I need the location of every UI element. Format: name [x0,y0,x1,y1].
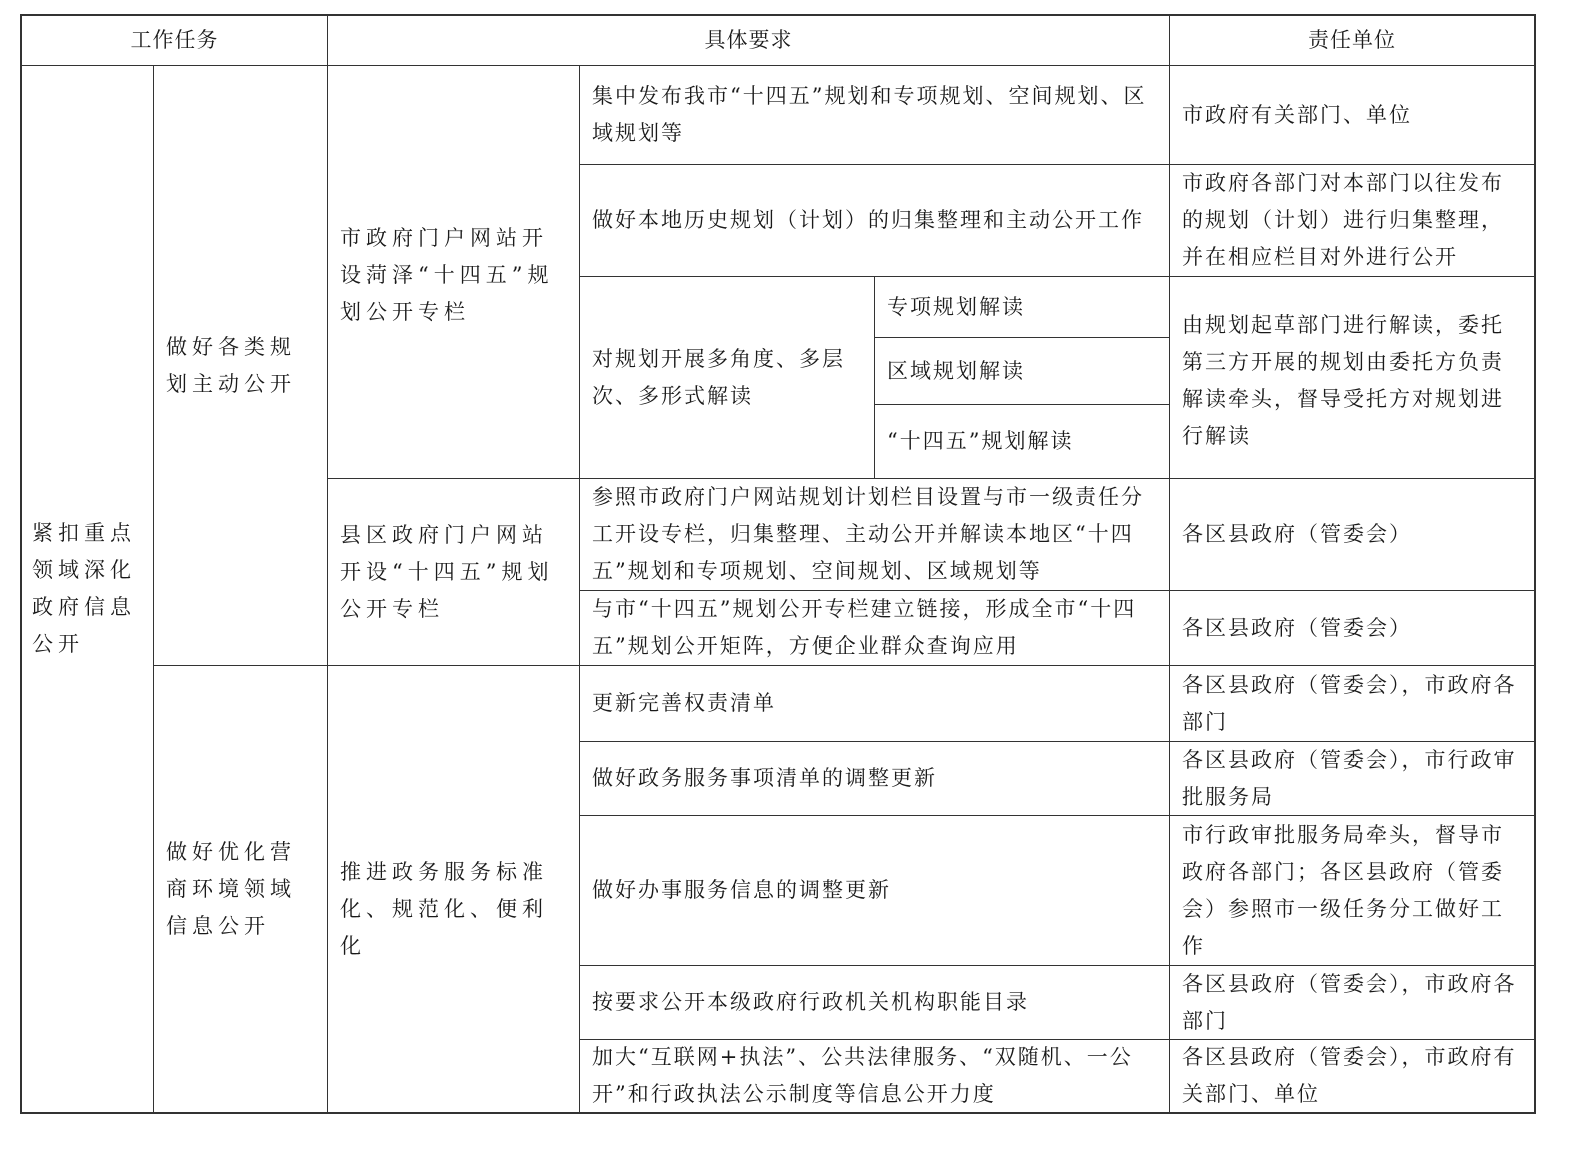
unit-cell: 各区县政府（管委会） [1170,591,1534,666]
unit-cell: 各区县政府（管委会） [1170,479,1534,591]
unit-cell: 市政府有关部门、单位 [1170,66,1534,165]
requirement-cell: 集中发布我市“十四五”规划和专项规划、空间规划、区域规划等 [580,66,1170,165]
requirement-cell: 对规划开展多角度、多层次、多形式解读 [580,277,875,479]
header-requirement: 具体要求 [328,16,1170,66]
section-title-cell: 市政府门户网站开设菏泽“十四五”规划公开专栏 [328,66,580,479]
unit-cell: 各区县政府（管委会），市政府各部门 [1170,966,1534,1040]
requirement-cell: 做好办事服务信息的调整更新 [580,816,1170,966]
unit-cell: 市政府各部门对本部门以往发布的规划（计划）进行归集整理，并在相应栏目对外进行公开 [1170,165,1534,277]
requirement-cell: 更新完善权责清单 [580,666,1170,742]
work-task-table: 工作任务 具体要求 责任单位 紧扣重点领域深化政府信息公开 做好各类规划主动公开… [20,14,1536,1114]
sub-requirement-cell: 区域规划解读 [875,338,1170,405]
requirement-cell: 做好政务服务事项清单的调整更新 [580,742,1170,816]
requirement-cell: 与市“十四五”规划公开专栏建立链接，形成全市“十四五”规划公开矩阵，方便企业群众… [580,591,1170,666]
header-unit: 责任单位 [1170,16,1534,66]
requirement-cell: 加大“互联网+执法”、公共法律服务、“双随机、一公开”和行政执法公示制度等信息公… [580,1040,1170,1112]
header-task: 工作任务 [22,16,328,66]
requirement-cell: 做好本地历史规划（计划）的归集整理和主动公开工作 [580,165,1170,277]
requirement-cell: 参照市政府门户网站规划计划栏目设置与市一级责任分工开设专栏，归集整理、主动公开并… [580,479,1170,591]
main-task-cell: 紧扣重点领域深化政府信息公开 [22,66,154,1112]
unit-cell: 市行政审批服务局牵头，督导市政府各部门；各区县政府（管委会）参照市一级任务分工做… [1170,816,1534,966]
requirement-cell: 按要求公开本级政府行政机关机构职能目录 [580,966,1170,1040]
unit-cell: 各区县政府（管委会），市政府有关部门、单位 [1170,1040,1534,1112]
section-title-cell: 县区政府门户网站开设“十四五”规划公开专栏 [328,479,580,666]
unit-cell: 由规划起草部门进行解读，委托第三方开展的规划由委托方负责解读牵头，督导受托方对规… [1170,277,1534,479]
unit-cell: 各区县政府（管委会），市行政审批服务局 [1170,742,1534,816]
section-title-cell: 推进政务服务标准化、规范化、便利化 [328,666,580,1112]
sub-requirement-cell: “十四五”规划解读 [875,405,1170,479]
sub-requirement-cell: 专项规划解读 [875,277,1170,338]
unit-cell: 各区县政府（管委会），市政府各部门 [1170,666,1534,742]
subtask-cell: 做好各类规划主动公开 [154,66,328,666]
subtask-cell: 做好优化营商环境领域信息公开 [154,666,328,1112]
